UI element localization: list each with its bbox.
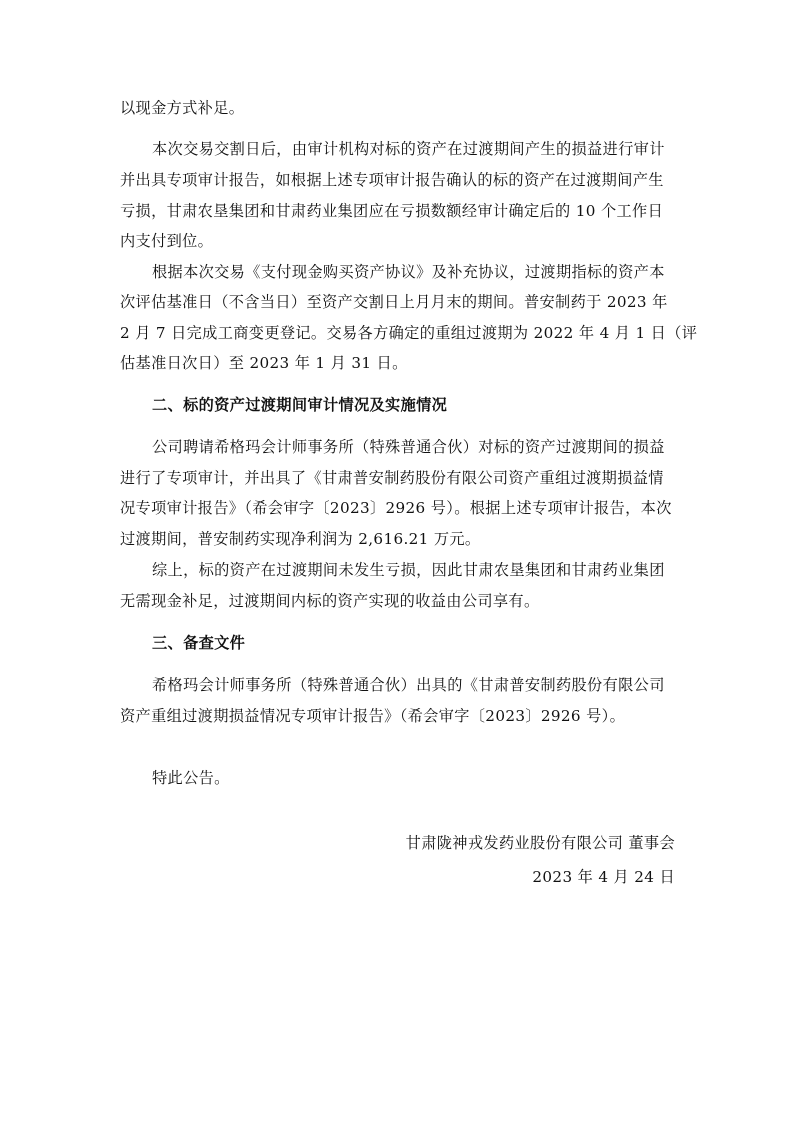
paragraph-line: 进行了专项审计，并出具了《甘肃普安制药股份有限公司资产重组过渡期损益情: [120, 468, 676, 488]
signature-date: 2023 年 4 月 24 日: [532, 867, 675, 887]
paragraph-line: 内支付到位。: [120, 231, 676, 251]
continuation-line: 以现金方式补足。: [120, 98, 676, 118]
paragraph-line: 估基准日次日）至 2023 年 1 月 31 日。: [120, 353, 676, 373]
section-heading-2: 二、标的资产过渡期间审计情况及实施情况: [152, 395, 708, 415]
paragraph-line: 资产重组过渡期损益情况专项审计报告》（希会审字〔2023〕2926 号）。: [120, 706, 676, 726]
paragraph-line: 过渡期间，普安制药实现净利润为 2,616.21 万元。: [120, 529, 676, 549]
paragraph-line: 公司聘请希格玛会计师事务所（特殊普通合伙）对标的资产过渡期间的损益: [152, 437, 676, 457]
paragraph-line: 2 月 7 日完成工商变更登记。交易各方确定的重组过渡期为 2022 年 4 月…: [120, 323, 676, 343]
paragraph-line: 希格玛会计师事务所（特殊普通合伙）出具的《甘肃普安制药股份有限公司: [152, 675, 676, 695]
paragraph-line: 本次交易交割日后，由审计机构对标的资产在过渡期间产生的损益进行审计: [152, 139, 676, 159]
section-heading-3: 三、备查文件: [152, 633, 708, 653]
paragraph-line: 并出具专项审计报告，如根据上述专项审计报告确认的标的资产在过渡期间产生: [120, 170, 676, 190]
paragraph-line: 亏损，甘肃农垦集团和甘肃药业集团应在亏损数额经审计确定后的 10 个工作日: [120, 201, 676, 221]
paragraph-line: 况专项审计报告》（希会审字〔2023〕2926 号）。根据上述专项审计报告，本次: [120, 498, 676, 518]
paragraph-line: 根据本次交易《支付现金购买资产协议》及补充协议，过渡期指标的资产本: [152, 262, 676, 282]
paragraph-line: 无需现金补足，过渡期间内标的资产实现的收益由公司享有。: [120, 591, 676, 611]
closing-text: 特此公告。: [152, 768, 676, 788]
signature-company: 甘肃陇神戎发药业股份有限公司 董事会: [406, 833, 675, 853]
document-page: 以现金方式补足。 本次交易交割日后，由审计机构对标的资产在过渡期间产生的损益进行…: [0, 0, 793, 1122]
paragraph-line: 次评估基准日（不含当日）至资产交割日上月月末的期间。普安制药于 2023 年: [120, 292, 676, 312]
paragraph-line: 综上，标的资产在过渡期间未发生亏损，因此甘肃农垦集团和甘肃药业集团: [152, 560, 676, 580]
